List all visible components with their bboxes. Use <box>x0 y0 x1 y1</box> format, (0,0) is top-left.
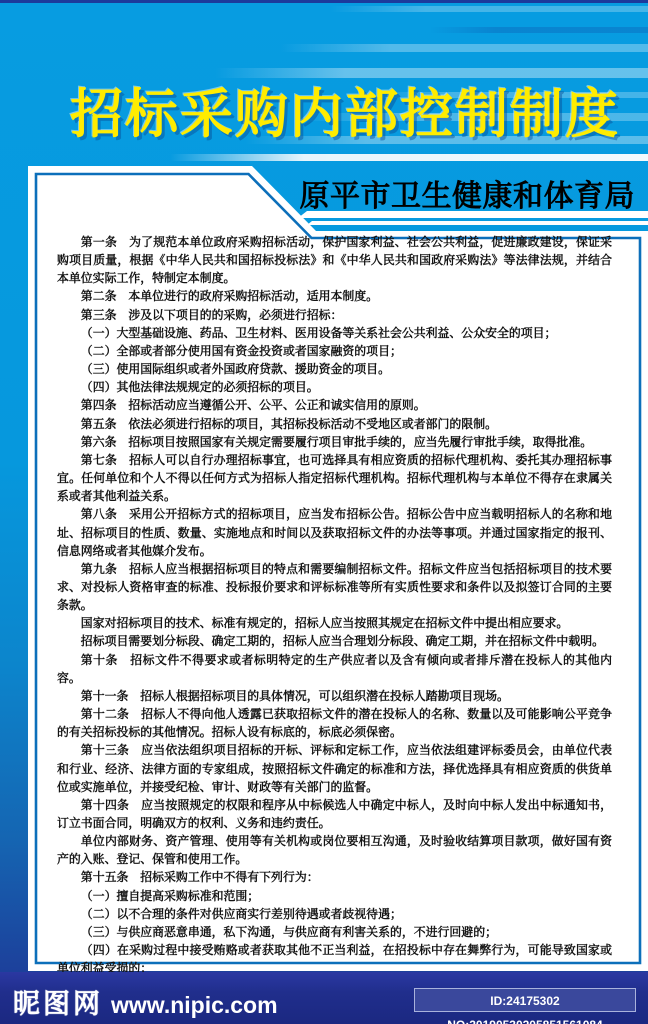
site-url: www.nipic.com <box>111 992 278 1018</box>
site-logo: 昵图网www.nipic.com <box>13 982 278 1021</box>
watermark-footer: 昵图网www.nipic.com ID:24175302 NO:20190530… <box>0 972 648 1024</box>
document-paragraph: 第四条 招标活动应当遵循公开、公平、公正和诚实信用的原则。 <box>57 396 612 414</box>
document-paragraph: （四）其他法律法规规定的必须招标的项目。 <box>57 378 612 396</box>
document-paragraph: 第一条 为了规范本单位政府采购招标活动，保护国家利益、社会公共利益，促进廉政建设… <box>57 233 612 287</box>
document-paragraph: （一）擅自提高采购标准和范围； <box>57 887 612 905</box>
decor-stripe <box>298 211 648 218</box>
document-paragraph: 第三条 涉及以下项目的的采购，必须进行招标： <box>57 306 612 324</box>
site-logo-cn: 昵图网 <box>13 989 103 1019</box>
poster-background: { "header": { "title": "招标采购内部控制制度", "su… <box>0 0 648 1024</box>
document-paragraph: （二）全部或者部分使用国有资金投资或者国家融资的项目； <box>57 342 612 360</box>
document-paragraph: 第二条 本单位进行的政府采购招标活动，适用本制度。 <box>57 287 612 305</box>
document-paragraph: 第八条 采用公开招标方式的招标项目，应当发布招标公告。招标公告中应当载明招标人的… <box>57 505 612 559</box>
document-paragraph: 第九条 招标人应当根据招标项目的特点和需要编制招标文件。招标文件应当包括招标项目… <box>57 560 612 614</box>
document-paragraph: （三）与供应商恶意串通，私下沟通，与供应商有利害关系的，不进行回避的； <box>57 923 612 941</box>
org-name: 原平市卫生健康和体育局 <box>300 171 636 215</box>
document-paragraph: 第十三条 应当依法组织项目招标的开标、评标和定标工作，应当依法组建评标委员会，由… <box>57 741 612 795</box>
document-paragraph: （二）以不合理的条件对供应商实行差别待遇或者歧视待遇； <box>57 905 612 923</box>
document-paragraph: 第十五条 招标采购工作中不得有下列行为： <box>57 868 612 886</box>
document-paragraph: 第六条 招标项目按照国家有关规定需要履行项目审批手续的，应当先履行审批手续，取得… <box>57 433 612 451</box>
document-paragraph: （一）大型基础设施、药品、卫生材料、医用设备等关系社会公共利益、公众安全的项目； <box>57 324 612 342</box>
document-paragraph: 第十条 招标文件不得要求或者标明特定的生产供应者以及含有倾向或者排斥潜在投标人的… <box>57 651 612 687</box>
image-id-badge: ID:24175302 NO:20190530205851561084 <box>414 988 636 1012</box>
document-paragraph: 单位内部财务、资产管理、使用等有关机构或岗位要相互沟通，及时验收结算项目款项，做… <box>57 832 612 868</box>
document-paragraph: 第十四条 应当按照规定的权限和程序从中标候选人中确定中标人，及时向中标人发出中标… <box>57 796 612 832</box>
decor-stripe <box>307 221 648 225</box>
document-paragraph: （三）使用国际组织或者外国政府贷款、援助资金的项目。 <box>57 360 612 378</box>
document-body: 第一条 为了规范本单位政府采购招标活动，保护国家利益、社会公共利益，促进廉政建设… <box>57 233 612 1014</box>
document-paragraph: 第十一条 招标人根据招标项目的具体情况，可以组织潜在投标人踏勘项目现场。 <box>57 687 612 705</box>
document-paragraph: 国家对招标项目的技术、标准有规定的，招标人应当按照其规定在招标文件中提出相应要求… <box>57 614 612 632</box>
document-paragraph: 第七条 招标人可以自行办理招标事宜，也可选择具有相应资质的招标代理机构、委托其办… <box>57 451 612 505</box>
document-paragraph: 第五条 依法必须进行招标的项目，其招标投标活动不受地区或者部门的限制。 <box>57 415 612 433</box>
document-paragraph: 招标项目需要划分标段、确定工期的，招标人应当合理划分标段、确定工期，并在招标文件… <box>57 632 612 650</box>
document-paragraph: 第十二条 招标人不得向他人透露已获取招标文件的潜在投标人的名称、数量以及可能影响… <box>57 705 612 741</box>
